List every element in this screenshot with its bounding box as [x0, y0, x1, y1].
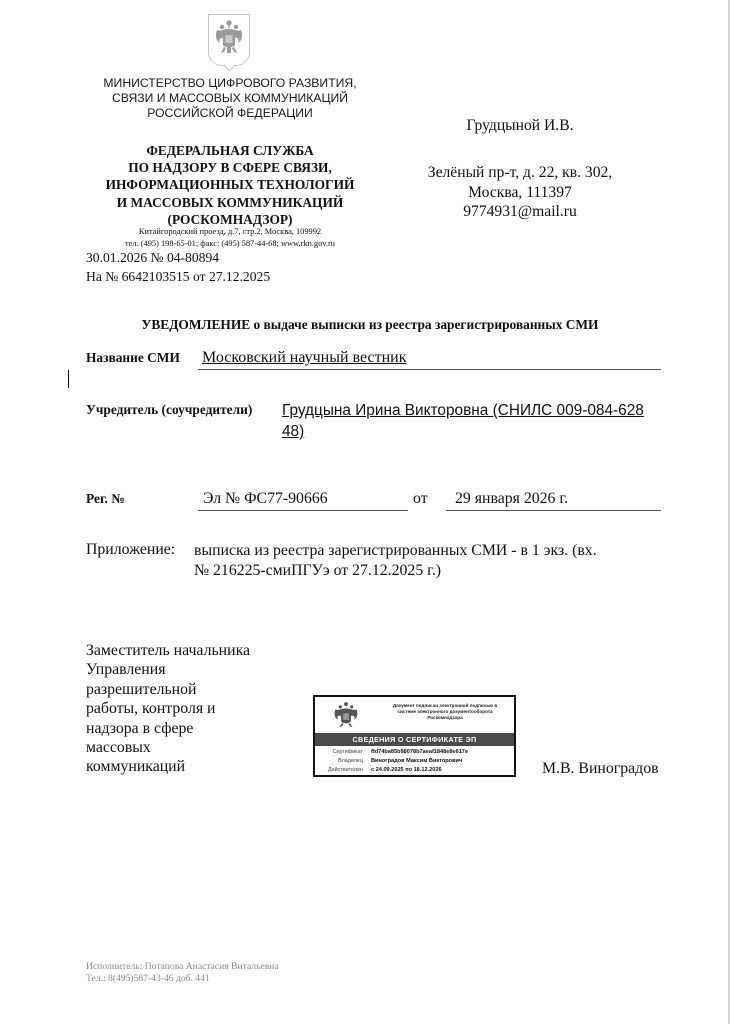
executor-info: Исполнитель: Потапова Анастасия Витальев… [86, 961, 279, 986]
registration-date[interactable]: 29 января 2026 г. [455, 490, 568, 508]
stamp-top: Документ подписан электронной подписью в… [315, 697, 514, 733]
recipient-email: 9774931@mail.ru [400, 202, 640, 222]
signer-title-line: работы, контроля и [86, 699, 276, 718]
attachment-line: № 216225-смиПГУэ от 27.12.2025 г.) [194, 561, 664, 581]
agency-header: ФЕДЕРАЛЬНАЯ СЛУЖБА ПО НАДЗОРУ В СФЕРЕ СВ… [80, 142, 380, 228]
russian-coat-of-arms-icon [208, 14, 250, 66]
stamp-emblem-icon [333, 701, 359, 729]
registration-from-label: от [413, 490, 428, 508]
stamp-row-certificate: Сертификат ffd74ba85b98078b7aeaf1848e8e6… [315, 747, 514, 756]
founder-label: Учредитель (соучредители) [86, 402, 252, 418]
agency-line: ИНФОРМАЦИОННЫХ ТЕХНОЛОГИЙ [80, 176, 380, 193]
agency-line: И МАССОВЫХ КОММУНИКАЦИЙ [80, 194, 380, 211]
registration-number[interactable]: Эл № ФС77-90666 [203, 490, 328, 508]
registration-label: Рег. № [86, 491, 125, 507]
recipient-address-line: Зелёный пр-т, д. 22, кв. 302, [400, 163, 640, 183]
stamp-value: Виноградов Максим Викторович [371, 758, 462, 764]
document-title: УВЕДОМЛЕНИЕ о выдаче выписки из реестра … [80, 317, 660, 333]
reference-numbers: 30.01.2026 № 04-80894 На № 6642103515 от… [86, 248, 270, 286]
executor-name: Исполнитель: Потапова Анастасия Витальев… [86, 961, 279, 973]
signer-name: М.В. Виноградов [542, 760, 659, 778]
executor-phone: Тел.: 8(495)587-43-46 доб. 441 [86, 973, 279, 985]
smi-name-value[interactable]: Московский научный вестник [202, 349, 406, 367]
attachment-label: Приложение: [86, 541, 175, 559]
text-caret [68, 370, 69, 388]
stamp-row-validity: Действителен с 24.09.2025 по 18.12.2026 [315, 766, 514, 775]
recipient-address: Зелёный пр-т, д. 22, кв. 302, Москва, 11… [400, 163, 640, 222]
registration-date-underline [446, 510, 661, 511]
signer-title-line: надзора в сфере [86, 719, 276, 738]
attachment-description: выписка из реестра зарегистрированных СМ… [194, 541, 664, 580]
incoming-reference: На № 6642103515 от 27.12.2025 [86, 267, 270, 286]
attachment-line: выписка из реестра зарегистрированных СМ… [194, 541, 664, 561]
ministry-header: МИНИСТЕРСТВО ЦИФРОВОГО РАЗВИТИЯ, СВЯЗИ И… [80, 76, 380, 121]
smi-name-label: Название СМИ [86, 350, 180, 366]
e-signature-stamp: Документ подписан электронной подписью в… [313, 695, 516, 777]
smi-name-underline [198, 369, 661, 370]
ministry-line: МИНИСТЕРСТВО ЦИФРОВОГО РАЗВИТИЯ, [80, 76, 380, 91]
signer-title-line: коммуникаций [86, 757, 276, 776]
agency-address-line: Китайгородский проезд, д.7, стр.2, Москв… [80, 226, 380, 238]
recipient-address-line: Москва, 111397 [400, 183, 640, 203]
signer-title-line: массовых [86, 738, 276, 757]
founder-value-line: 48) [282, 421, 667, 442]
signer-title-line: Управления [86, 660, 276, 679]
stamp-value: с 24.09.2025 по 18.12.2026 [371, 767, 442, 773]
ministry-line: СВЯЗИ И МАССОВЫХ КОММУНИКАЦИЙ [80, 91, 380, 106]
ministry-line: РОССИЙСКОЙ ФЕДЕРАЦИИ [80, 106, 380, 121]
stamp-key: Действителен [315, 767, 371, 773]
stamp-header: СВЕДЕНИЯ О СЕРТИФИКАТЕ ЭП [315, 733, 514, 746]
stamp-value: ffd74ba85b98078b7aeaf1848e8e617e [371, 749, 468, 755]
agency-line: ПО НАДЗОРУ В СФЕРЕ СВЯЗИ, [80, 159, 380, 176]
signer-title-line: разрешительной [86, 680, 276, 699]
founder-value[interactable]: Грудцына Ирина Викторовна (СНИЛС 009-084… [282, 400, 667, 442]
agency-line: ФЕДЕРАЛЬНАЯ СЛУЖБА [80, 142, 380, 159]
signer-title: Заместитель начальника Управления разреш… [86, 641, 276, 777]
agency-address: Китайгородский проезд, д.7, стр.2, Москв… [80, 226, 380, 249]
stamp-row-owner: Владелец Виноградов Максим Викторович [315, 756, 514, 765]
signer-title-line: Заместитель начальника [86, 641, 276, 660]
recipient-name: Грудцыной И.В. [410, 117, 630, 135]
stamp-key: Владелец [315, 758, 371, 764]
founder-value-line: Грудцына Ирина Викторовна (СНИЛС 009-084… [282, 400, 667, 421]
stamp-rows: Сертификат ffd74ba85b98078b7aeaf1848e8e6… [315, 746, 514, 775]
outgoing-reference: 30.01.2026 № 04-80894 [86, 248, 270, 267]
stamp-note-line: Роскомнадзора [377, 715, 513, 721]
registration-underline [198, 510, 408, 511]
stamp-key: Сертификат [315, 749, 371, 755]
stamp-note: Документ подписан электронной подписью в… [377, 703, 513, 721]
